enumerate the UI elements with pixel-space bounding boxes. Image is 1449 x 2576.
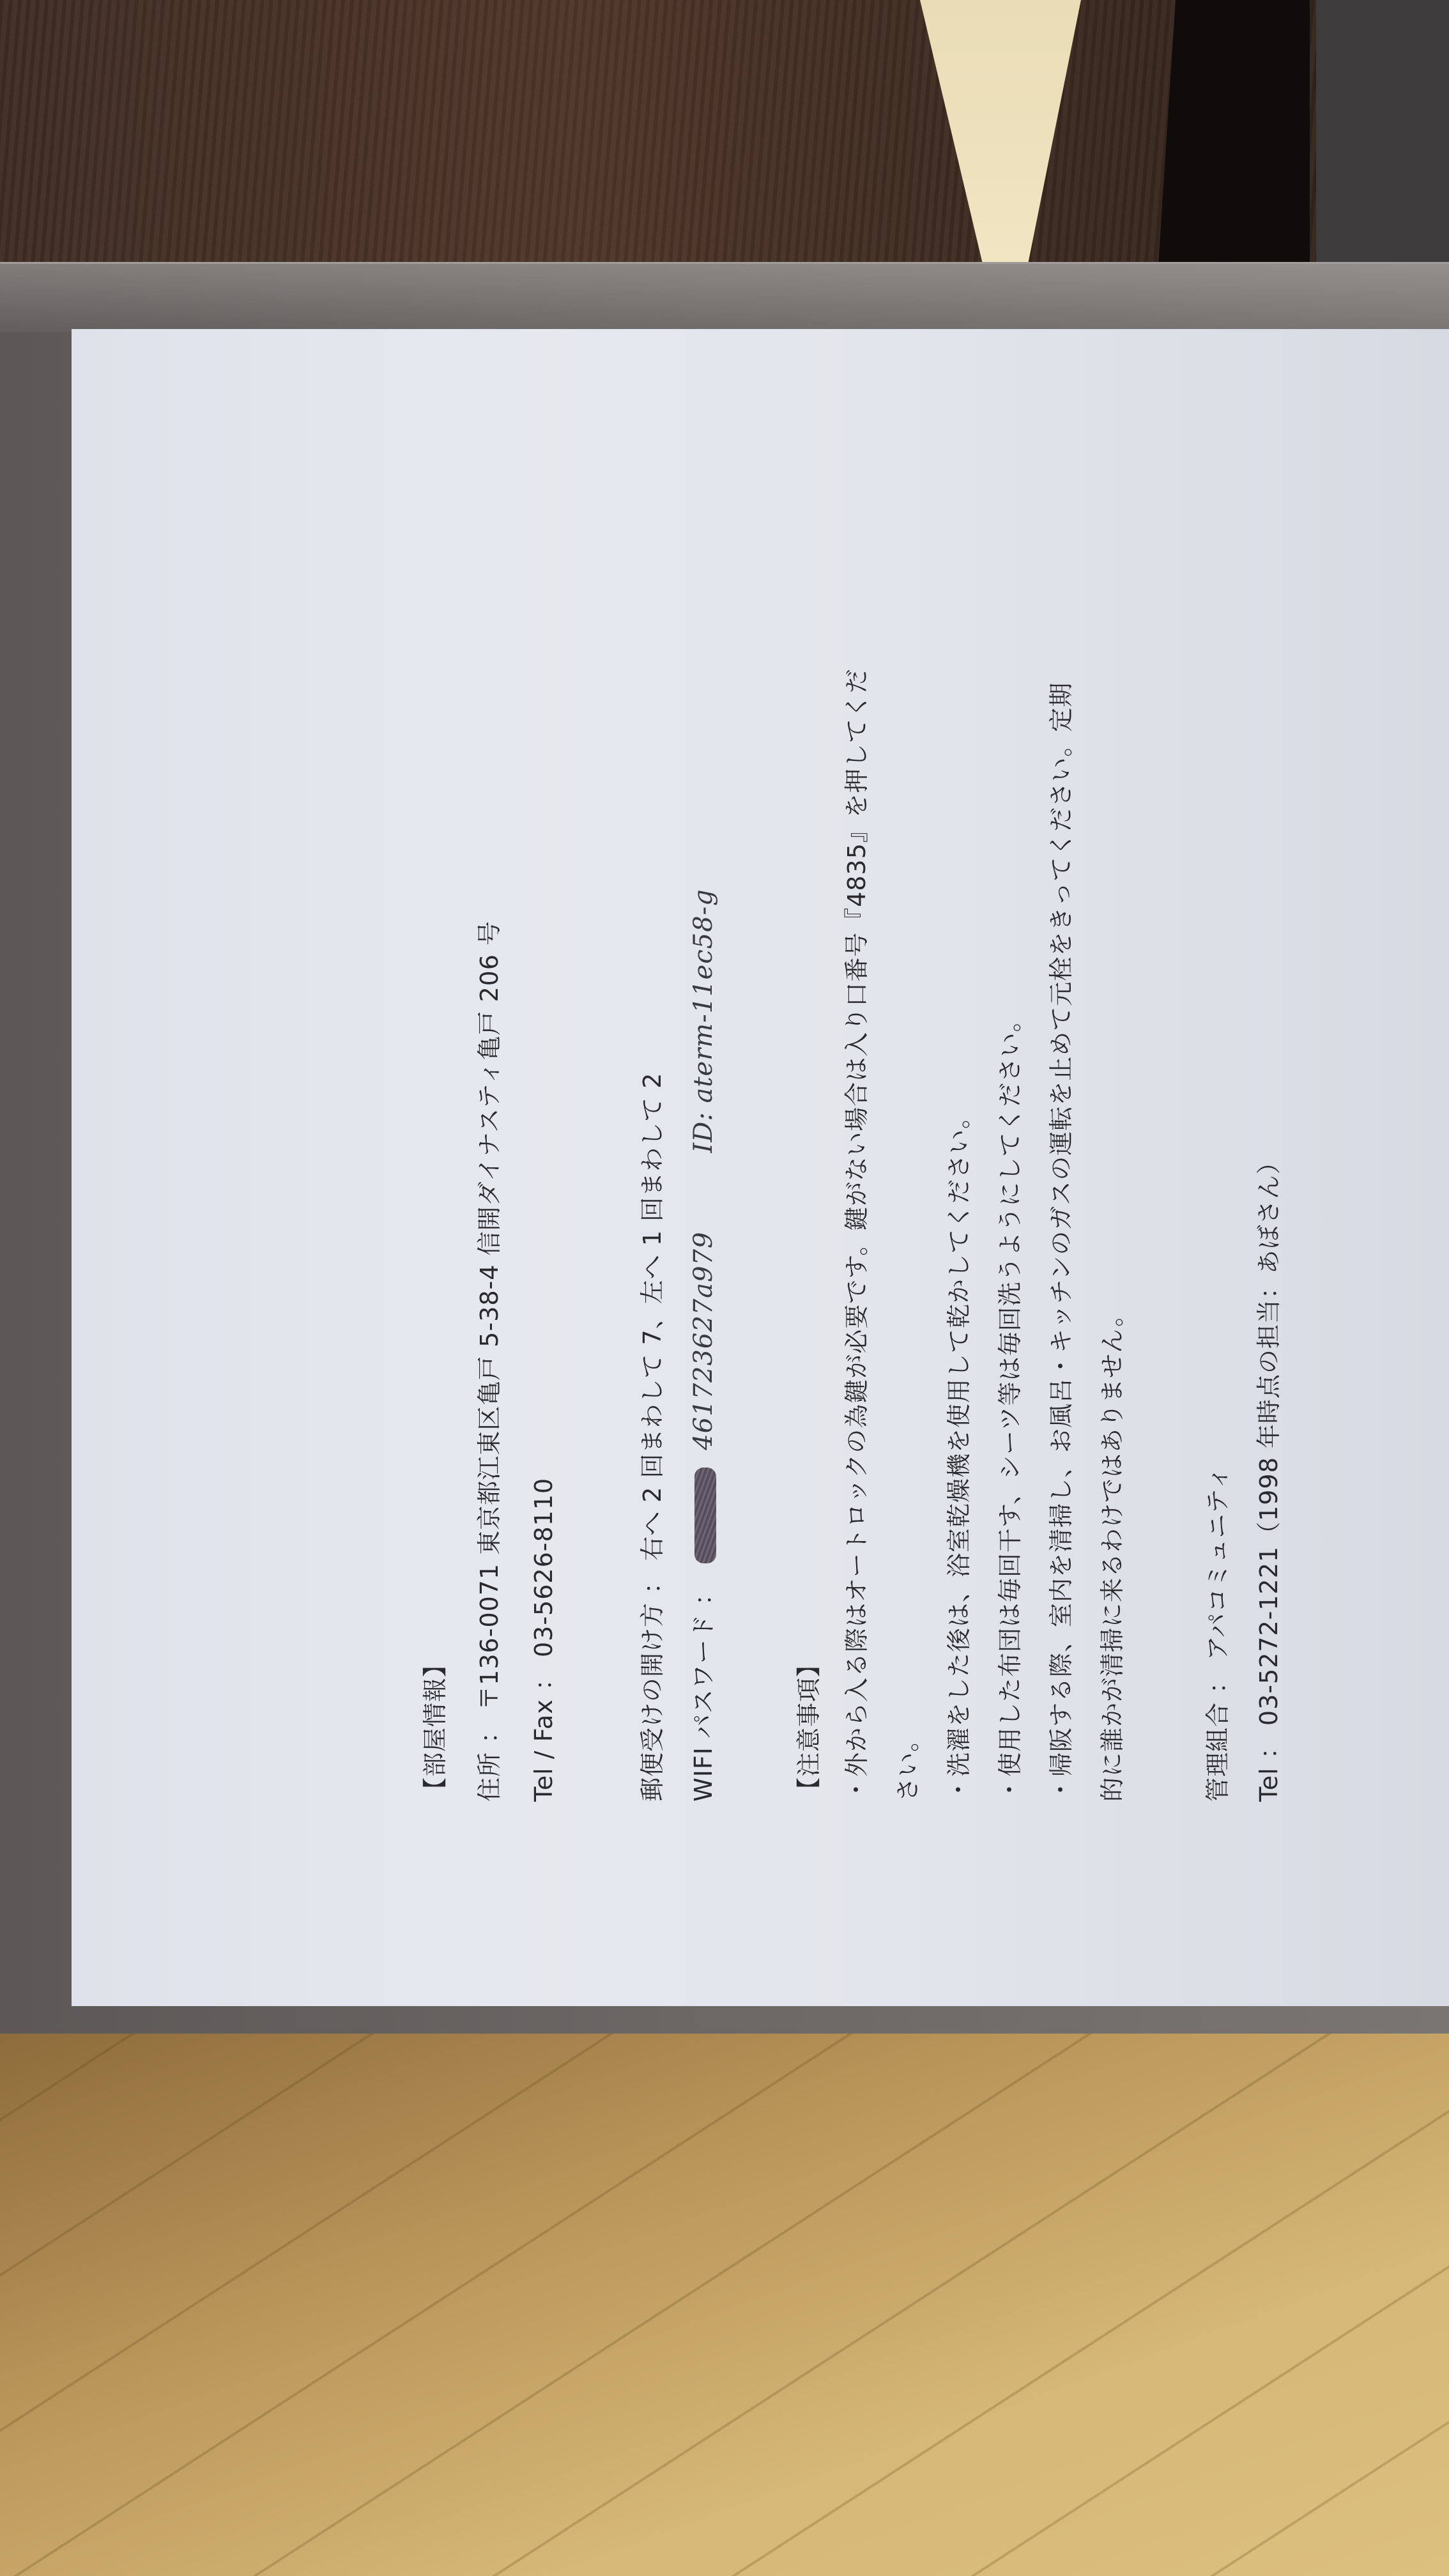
- tel-fax-value: 03-5626-8110: [530, 1478, 558, 1657]
- scribbled-out-text: [694, 1468, 716, 1563]
- mailbox-value: 右へ 2 回まわして 7、左へ 1 回まわして 2: [638, 1073, 666, 1561]
- management-tel-label: Tel: [1255, 1767, 1283, 1802]
- sleeve-edge: [0, 262, 1449, 332]
- tel-fax-line: Tel / Fax ： 03-5626-8110: [524, 1478, 559, 1802]
- management-line: 管理組合 ： アパコミュニティ: [1198, 1466, 1233, 1802]
- address-value: 〒136-0071 東京都江東区亀戸 5-38-4 信開ダイナスティ亀戸 206…: [475, 921, 503, 1710]
- note-line: 的に誰かが清掃に来るわけではありません。: [1092, 1302, 1128, 1802]
- note-line: ・帰阪する際、室内を清掃し、お風呂・キッチンのガスの運転を止めて元栓をきってくだ…: [1041, 682, 1077, 1802]
- wifi-password: 461723627a979: [689, 1232, 718, 1450]
- mailbox-label: 郵便受けの開け方: [638, 1602, 666, 1802]
- wifi-id: ID: aterm-11ec58-g: [689, 889, 718, 1153]
- room-info-heading: 【部屋情報】: [415, 1652, 450, 1802]
- wifi-label: WIFI パスワード: [689, 1614, 717, 1802]
- grey-panel: [1316, 0, 1449, 294]
- note-line: さい。: [888, 1727, 923, 1802]
- management-value: アパコミュニティ: [1204, 1466, 1232, 1660]
- management-tel-value: 03-5272-1221（1998 年時点の担当：あぼさん）: [1255, 1149, 1283, 1726]
- address-line: 住所 ： 〒136-0071 東京都江東区亀戸 5-38-4 信開ダイナスティ亀…: [470, 921, 505, 1802]
- note-line: ・洗濯をした後は、浴室乾燥機を使用して乾かしてください。: [939, 1104, 974, 1802]
- management-tel-line: Tel ： 03-5272-1221（1998 年時点の担当：あぼさん）: [1249, 1149, 1284, 1802]
- address-label: 住所: [475, 1752, 503, 1802]
- management-label: 管理組合: [1204, 1702, 1232, 1802]
- mailbox-line: 郵便受けの開け方 ： 右へ 2 回まわして 7、左へ 1 回まわして 2: [632, 1073, 668, 1802]
- wood-floor-background: [0, 2019, 1449, 2576]
- notes-heading: 【注意事項】: [789, 1652, 824, 1802]
- sheet-content: 【部屋情報】 住所 ： 〒136-0071 東京都江東区亀戸 5-38-4 信開…: [415, 524, 1310, 1802]
- tel-fax-label: Tel / Fax: [530, 1699, 558, 1802]
- wifi-line: WIFI パスワード ： 461723627a979 ID: aterm-11e…: [684, 889, 719, 1802]
- note-line: ・外から入る際はオートロックの為鍵が必要です。鍵がない場合は入り口番号『4835…: [837, 668, 872, 1802]
- note-line: ・使用した布団は毎回干す、シーツ等は毎回洗うようにしてください。: [990, 1008, 1025, 1802]
